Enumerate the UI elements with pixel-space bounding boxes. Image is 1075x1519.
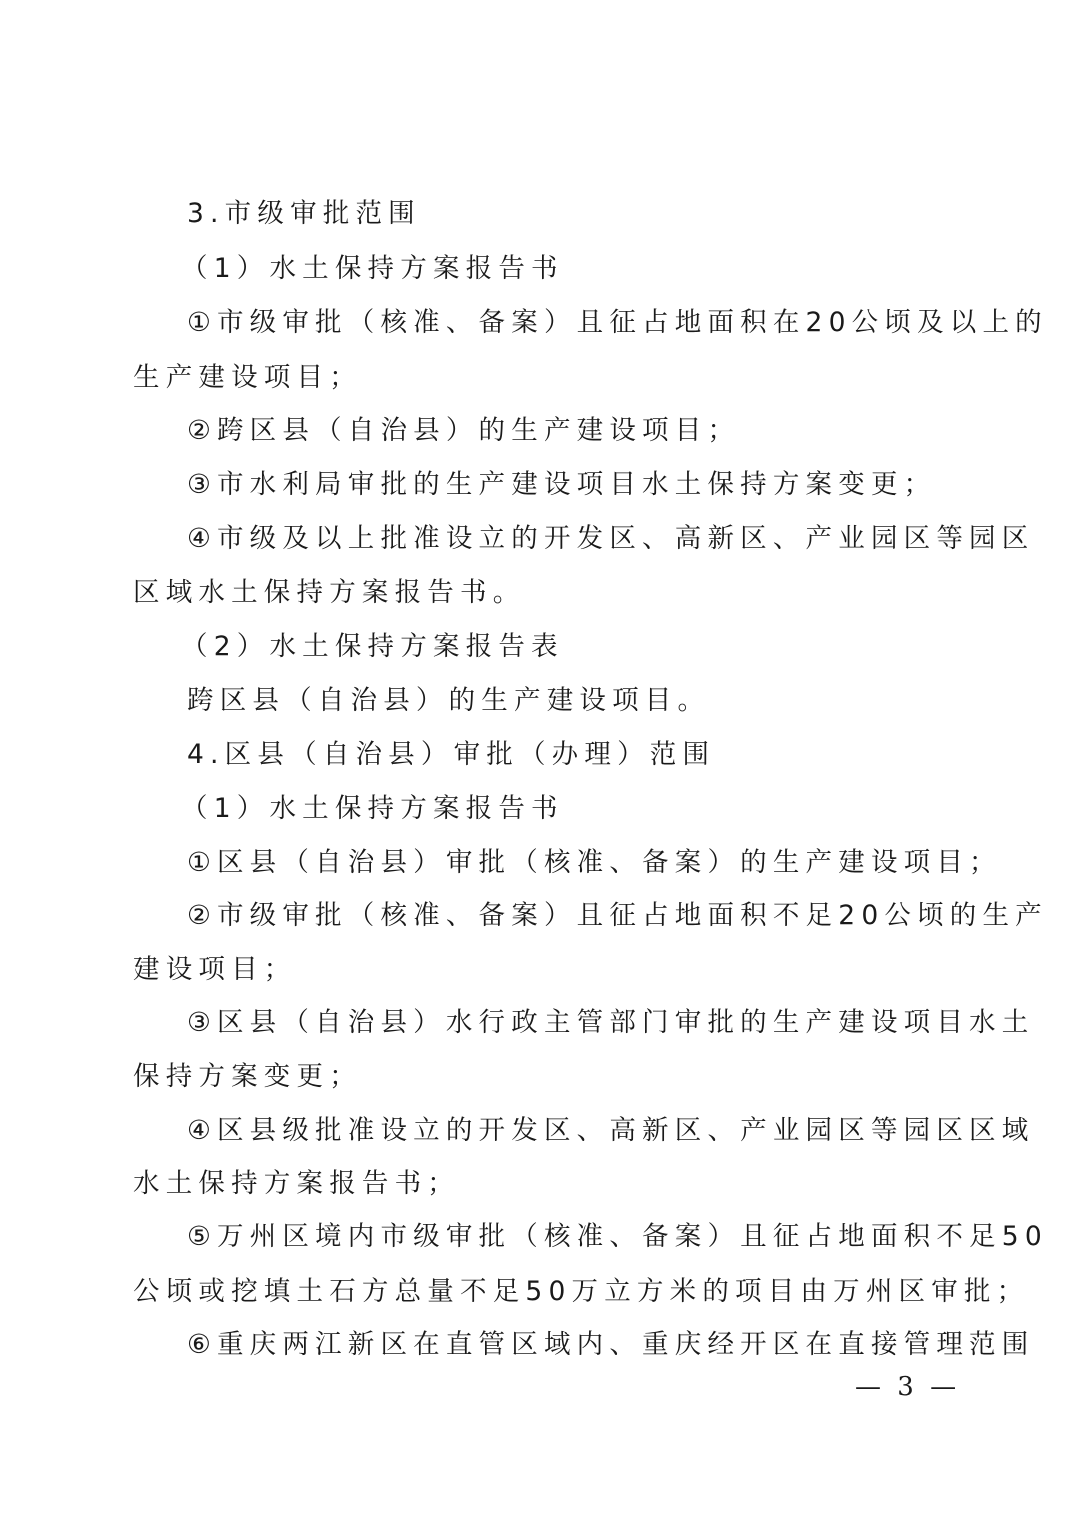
page-number: — 3 —	[855, 1372, 960, 1402]
subsection-heading: （2）水土保持方案报告表	[181, 630, 993, 664]
list-item-continuation: 保持方案变更；	[133, 1060, 945, 1094]
list-item: ⑤万州区境内市级审批（核准、备案）且征占地面积不足50	[187, 1220, 999, 1254]
list-item: ③市水利局审批的生产建设项目水土保持方案变更；	[187, 468, 999, 502]
list-item-continuation: 生产建设项目；	[133, 361, 945, 395]
subsection-heading: （1）水土保持方案报告书	[181, 252, 993, 286]
list-item: ①区县（自治县）审批（核准、备案）的生产建设项目；	[187, 846, 999, 880]
section-heading-3: 3.市级审批范围	[187, 197, 999, 231]
list-item-continuation: 公顷或挖填土石方总量不足50万立方米的项目由万州区审批；	[133, 1275, 945, 1309]
list-item: ⑥重庆两江新区在直管区域内、重庆经开区在直接管理范围	[187, 1328, 999, 1362]
list-item: ④区县级批准设立的开发区、高新区、产业园区等园区区域	[187, 1114, 999, 1148]
section-heading-4: 4.区县（自治县）审批（办理）范围	[187, 738, 999, 772]
list-item: ③区县（自治县）水行政主管部门审批的生产建设项目水土	[187, 1006, 999, 1040]
list-item: ①市级审批（核准、备案）且征占地面积在20公顷及以上的	[187, 306, 999, 340]
subsection-heading: （1）水土保持方案报告书	[181, 792, 993, 826]
list-item: ④市级及以上批准设立的开发区、高新区、产业园区等园区	[187, 522, 999, 556]
list-item-continuation: 建设项目；	[133, 953, 945, 987]
list-item-continuation: 区域水土保持方案报告书。	[133, 576, 945, 610]
list-item: 跨区县（自治县）的生产建设项目。	[187, 684, 999, 718]
document-page: 3.市级审批范围 （1）水土保持方案报告书 ①市级审批（核准、备案）且征占地面积…	[0, 0, 1075, 1519]
list-item-continuation: 水土保持方案报告书；	[133, 1167, 945, 1201]
list-item: ②市级审批（核准、备案）且征占地面积不足20公顷的生产	[187, 899, 999, 933]
list-item: ②跨区县（自治县）的生产建设项目；	[187, 414, 999, 448]
